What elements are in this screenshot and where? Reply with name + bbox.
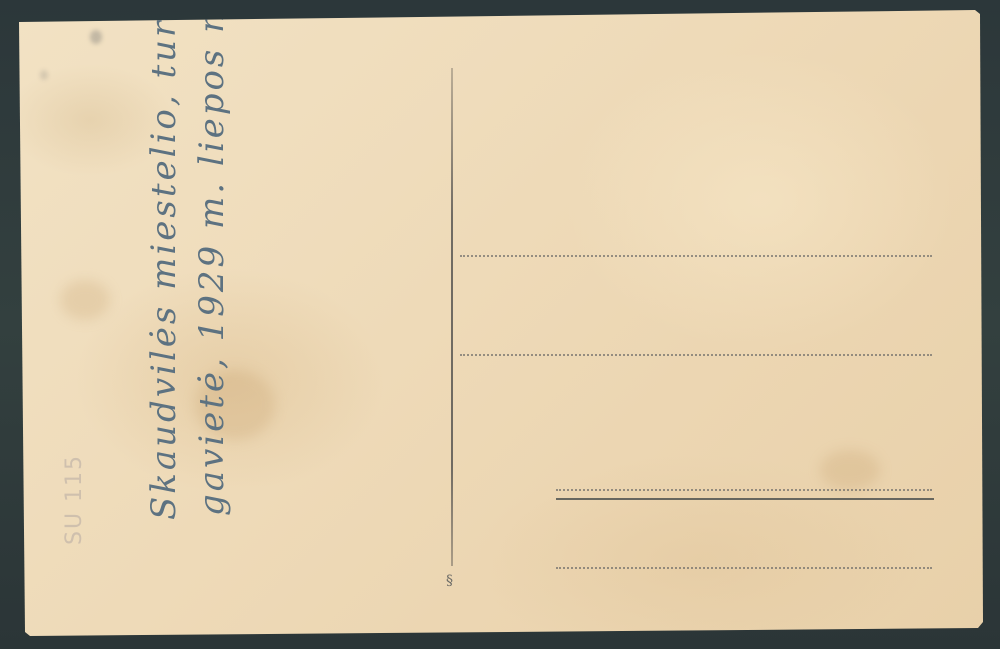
- postcard-back: SU 115 § Skaudvilės miestelio, tur- gavi…: [0, 0, 1000, 649]
- ink-smudge: [90, 30, 102, 44]
- section-mark: §: [446, 573, 453, 589]
- address-underline: [556, 498, 934, 500]
- handwritten-line-2: gavietė, 1929 m. liepos mėn.: [188, 0, 236, 520]
- message-address-divider: [451, 68, 453, 566]
- address-line-3: [556, 489, 932, 491]
- handwritten-note: Skaudvilės miestelio, tur- gavietė, 1929…: [140, 0, 236, 520]
- address-line-1: [460, 255, 932, 257]
- address-line-4: [556, 567, 932, 569]
- handwritten-line-1: Skaudvilės miestelio, tur-: [140, 0, 188, 520]
- age-stain: [820, 450, 880, 490]
- age-stain: [60, 280, 110, 320]
- ink-smudge: [40, 70, 48, 80]
- faint-stamp-text: SU 115: [62, 454, 87, 545]
- address-line-2: [460, 354, 932, 356]
